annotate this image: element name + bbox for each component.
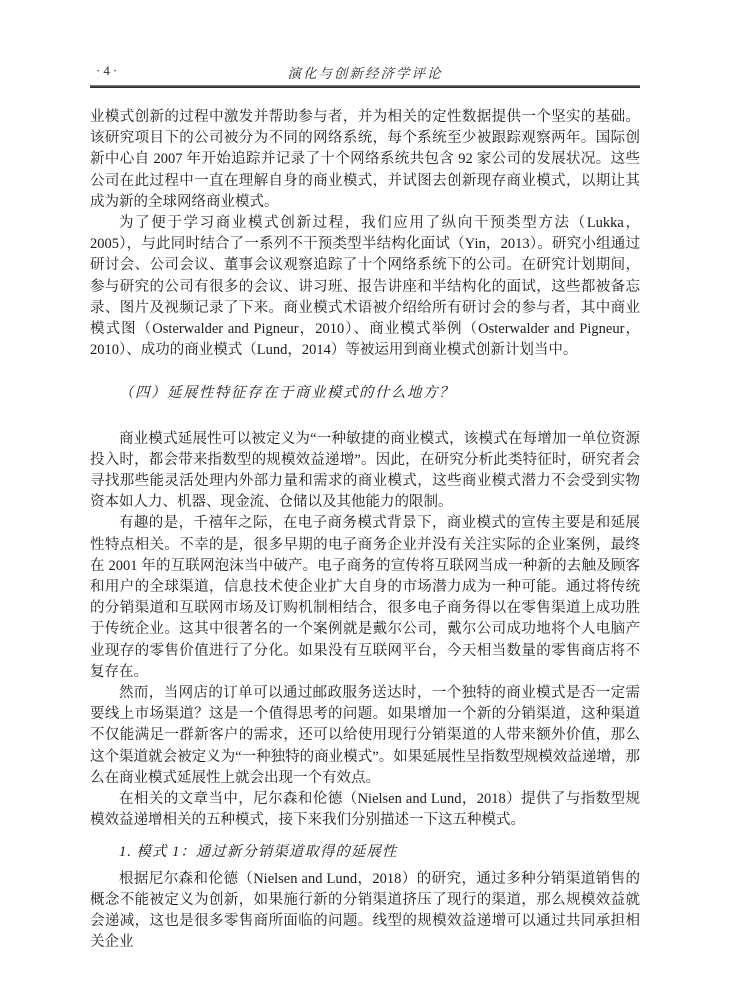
subsection-heading: 1. 模式 1：通过新分销渠道取得的延展性	[90, 842, 640, 863]
page-body: 业模式创新的过程中激发并帮助参与者，并为相关的定性数据提供一个坚实的基础。该研究…	[90, 107, 640, 954]
paragraph-pattern1: 根据尼尔森和伦德（Nielsen and Lund，2018）的研究，通过多种分…	[90, 869, 640, 954]
paragraph-ecommerce-history: 有趣的是，千禧年之际，在电子商务模式背景下，商业模式的宣传主要是和延展性特点相关…	[90, 513, 640, 683]
page-header: ·4· 演化与创新经济学评论	[90, 61, 640, 81]
paragraph-scalability-definition: 商业模式延展性可以被定义为“一种敏捷的商业模式，该模式在每增加一单位资源投入时，…	[90, 429, 640, 514]
journal-title: 演化与创新经济学评论	[90, 62, 640, 82]
section-heading: （四）延展性特征存在于商业模式的什么地方？	[90, 383, 640, 404]
document-page: ·4· 演化与创新经济学评论 业模式创新的过程中激发并帮助参与者，并为相关的定性…	[0, 0, 729, 1005]
header-rule	[90, 85, 640, 88]
paragraph-online-channel: 然而，当网店的订单可以通过邮政服务送达时，一个独特的商业模式是否一定需要线上市场…	[90, 683, 640, 789]
paragraph-five-patterns-intro: 在相关的文章当中，尼尔森和伦德（Nielsen and Lund，2018）提供…	[90, 789, 640, 831]
paragraph-continued: 业模式创新的过程中激发并帮助参与者，并为相关的定性数据提供一个坚实的基础。该研究…	[90, 107, 640, 213]
paragraph-methods: 为了便于学习商业模式创新过程，我们应用了纵向干预类型方法（Lukka，2005）…	[90, 213, 640, 361]
